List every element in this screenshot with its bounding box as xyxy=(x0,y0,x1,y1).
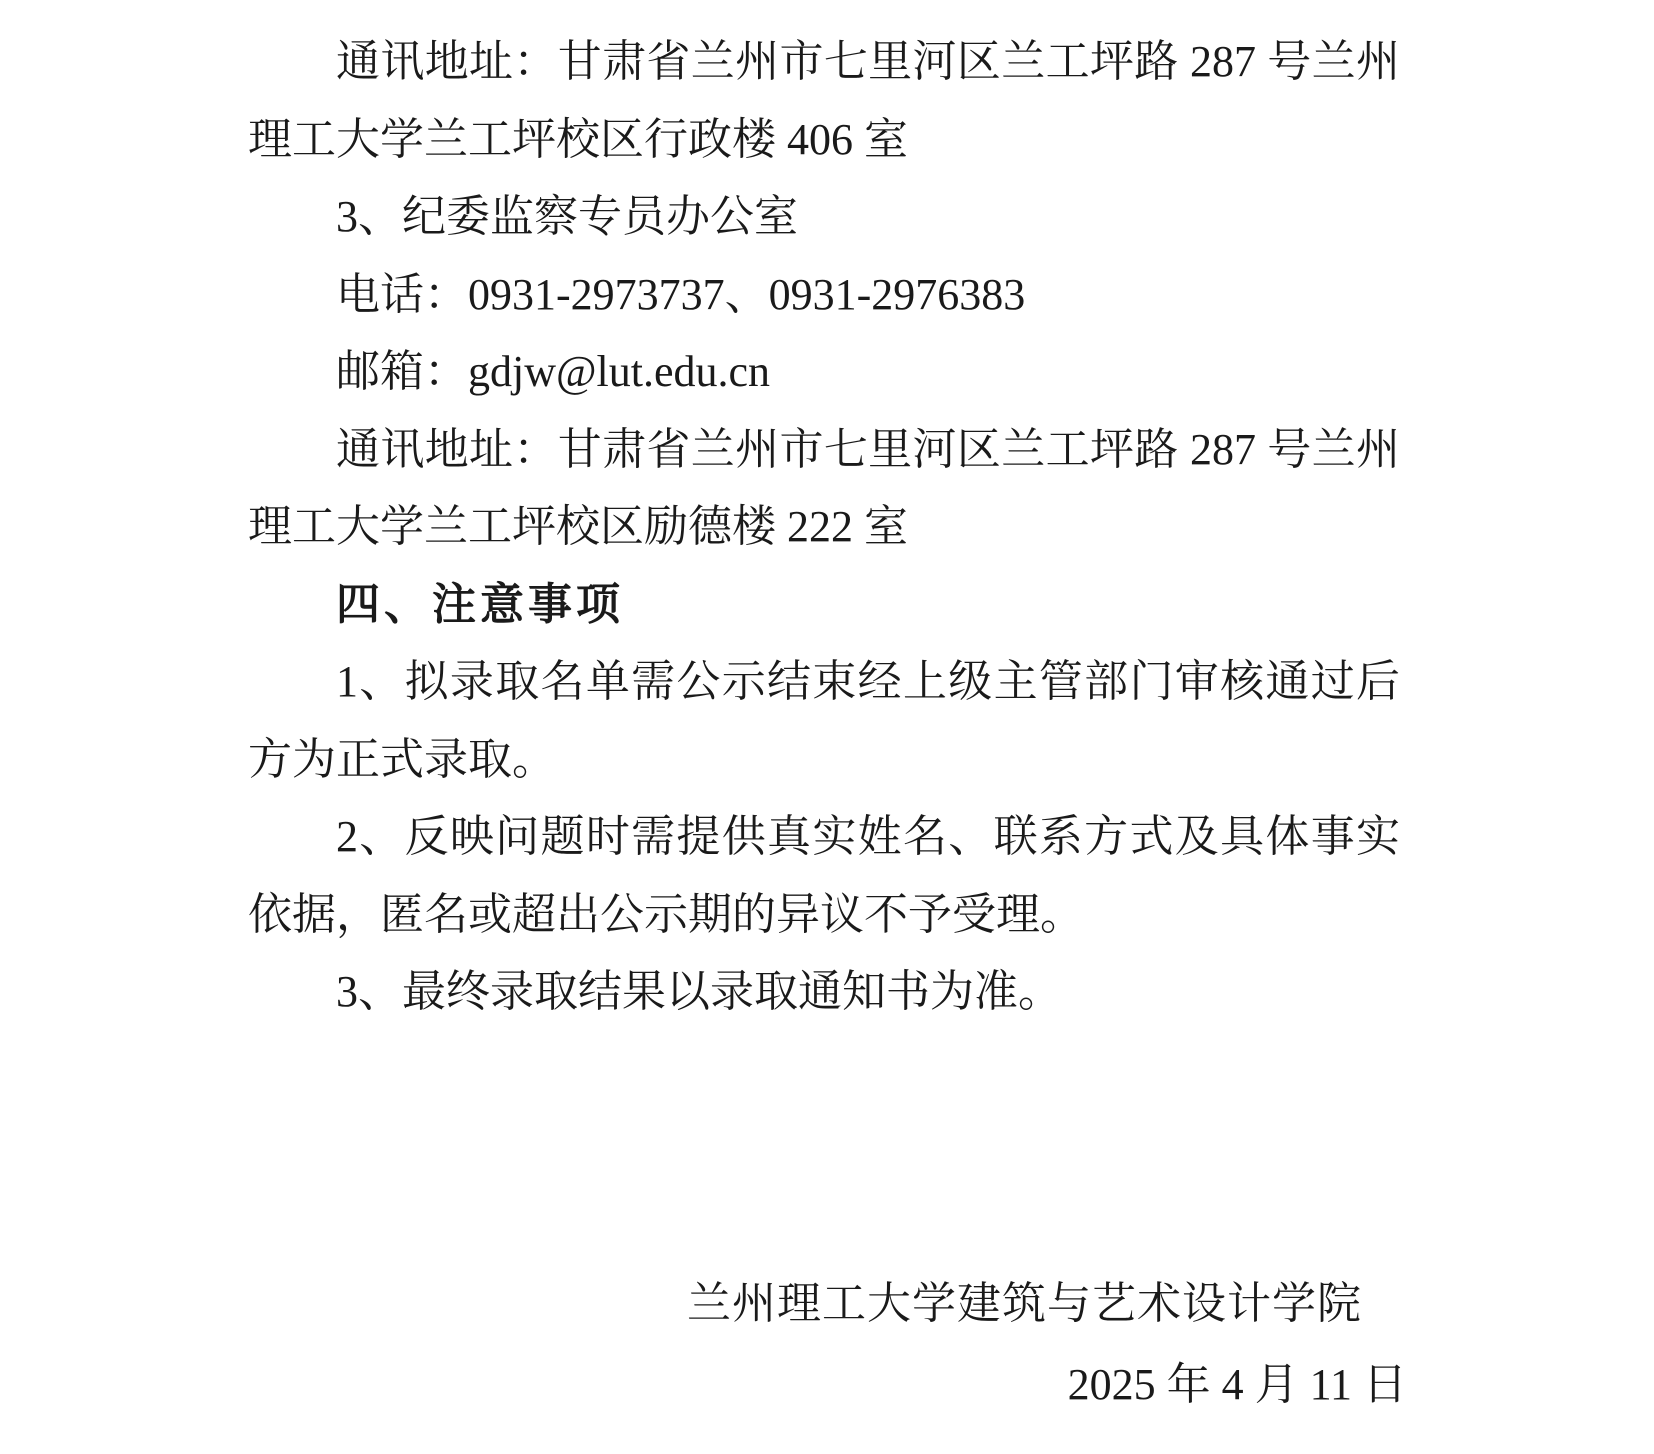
signature-line: 兰州理工大学建筑与艺术设计学院 xyxy=(0,1263,1654,1344)
text-line: 理工大学兰工坪校区励德楼 222 室 xyxy=(248,488,1400,566)
text-line: 理工大学兰工坪校区行政楼 406 室 xyxy=(248,101,1400,179)
text-line: 3、纪委监察专员办公室 xyxy=(248,178,1400,256)
text-line: 2、反映问题时需提供真实姓名、联系方式及具体事实 xyxy=(248,798,1400,876)
date-line: 2025 年 4 月 11 日 xyxy=(0,1344,1654,1425)
document-body: 通讯地址：甘肃省兰州市七里河区兰工坪路 287 号兰州 理工大学兰工坪校区行政楼… xyxy=(248,23,1400,1031)
text-line: 方为正式录取。 xyxy=(248,721,1400,799)
text-line: 邮箱：gdjw@lut.edu.cn xyxy=(248,333,1400,411)
text-line: 1、拟录取名单需公示结束经上级主管部门审核通过后 xyxy=(248,643,1400,721)
text-line: 电话：0931-2973737、0931-2976383 xyxy=(248,256,1400,334)
text-line: 通讯地址：甘肃省兰州市七里河区兰工坪路 287 号兰州 xyxy=(248,411,1400,489)
text-line: 3、最终录取结果以录取通知书为准。 xyxy=(248,953,1400,1031)
text-line: 依据，匿名或超出公示期的异议不予受理。 xyxy=(248,876,1400,954)
document-page: 通讯地址：甘肃省兰州市七里河区兰工坪路 287 号兰州 理工大学兰工坪校区行政楼… xyxy=(0,0,1654,1454)
signature-block: 兰州理工大学建筑与艺术设计学院 2025 年 4 月 11 日 xyxy=(0,1263,1654,1425)
section-heading: 四、注意事项 xyxy=(248,566,1400,644)
text-line: 通讯地址：甘肃省兰州市七里河区兰工坪路 287 号兰州 xyxy=(248,23,1400,101)
